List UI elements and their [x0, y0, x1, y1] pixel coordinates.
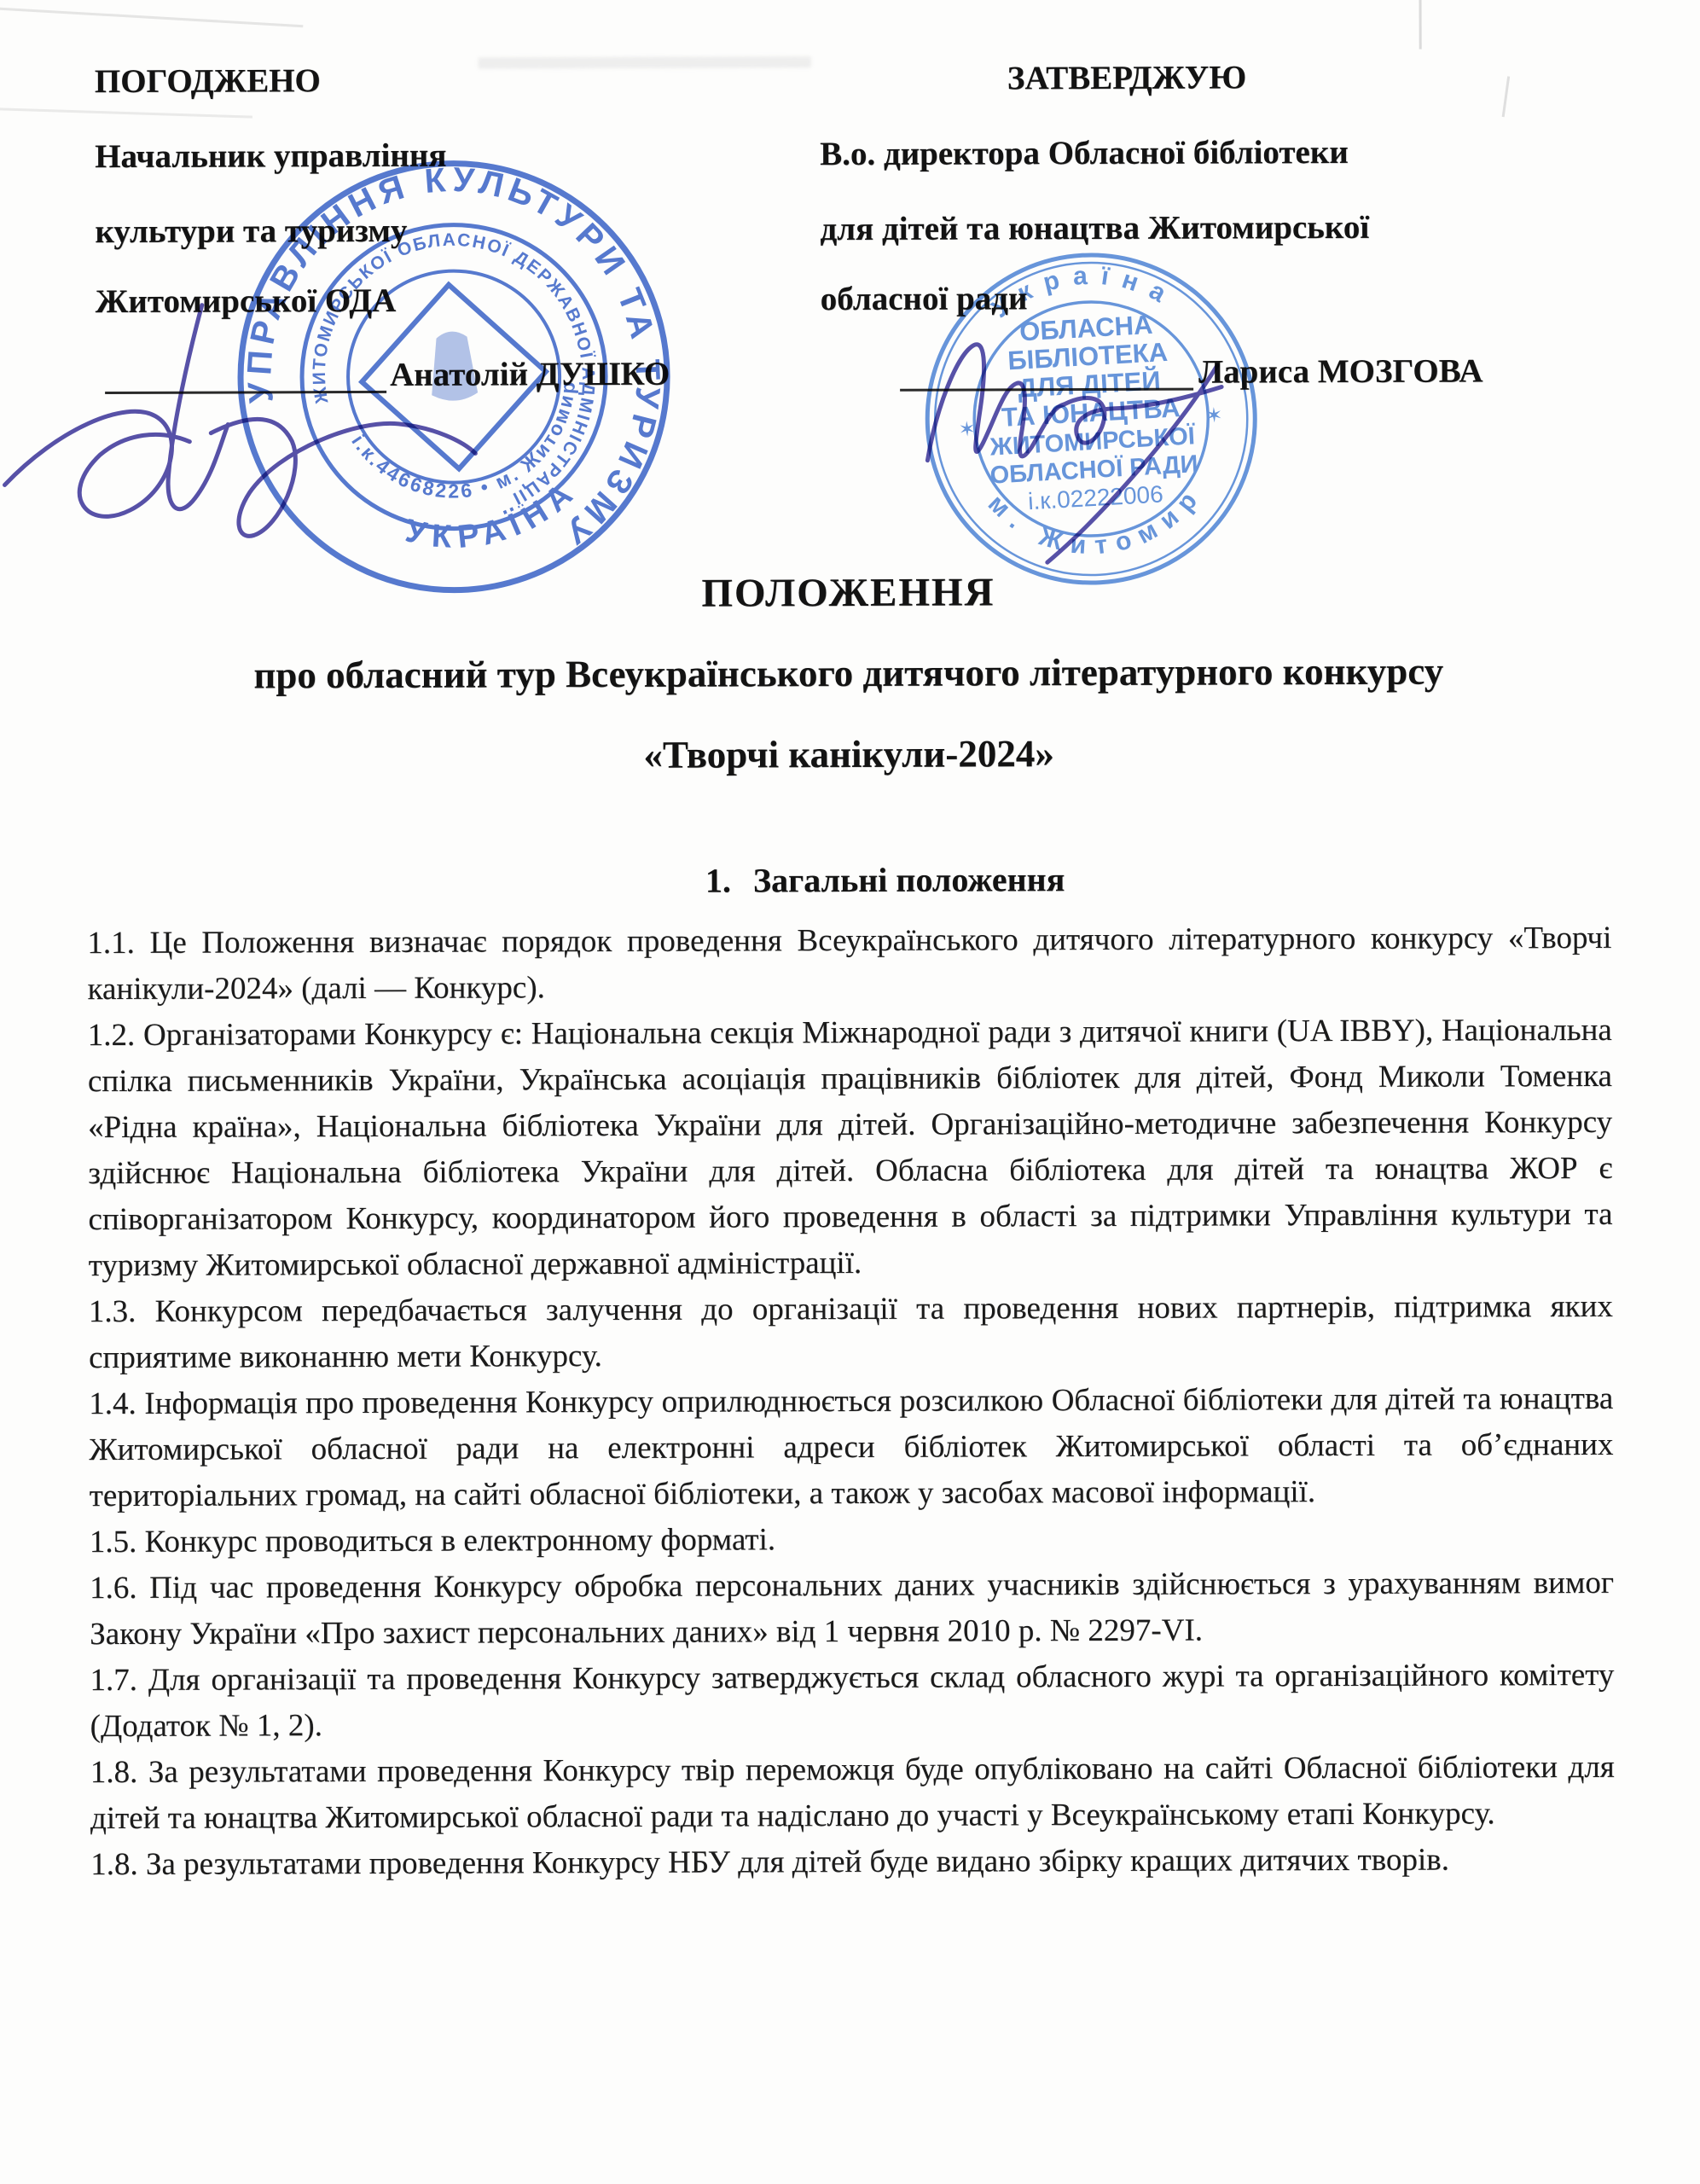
scan-streak-artifact — [0, 7, 303, 27]
paragraph-1-8b: 1.8. За результатами проведення Конкурсу… — [90, 1837, 1615, 1888]
section-number: 1. — [705, 860, 731, 900]
left-signature-scribble — [0, 270, 527, 553]
scanned-document-page: ПОГОДЖЕНО Начальник управління культури … — [0, 0, 1700, 2184]
paragraph-1-4: 1.4. Інформація про проведення Конкурсу … — [89, 1376, 1614, 1519]
paragraph-1-3: 1.3. Конкурсом передбачається залучення … — [89, 1284, 1613, 1381]
paragraph-1-6: 1.6. Під час проведення Конкурсу обробка… — [90, 1560, 1614, 1658]
signature-stroke — [211, 419, 475, 537]
section-heading: 1. Загальні положення — [123, 857, 1647, 903]
approving-line-2: для дітей та юнацтва Житомирської — [820, 208, 1369, 248]
signature-stroke — [4, 411, 189, 517]
paragraph-1-5: 1.5. Конкурс проводиться в електронному … — [90, 1514, 1614, 1565]
right-signature-scribble — [885, 305, 1252, 579]
section-title: Загальні положення — [753, 859, 1065, 900]
document-sheet: ПОГОДЖЕНО Начальник управління культури … — [0, 0, 1700, 2184]
document-body: 1.1. Це Положення визначає порядок прове… — [87, 915, 1615, 1888]
approving-line-1: В.о. директора Обласної бібліотеки — [820, 133, 1349, 173]
document-subtitle-2: «Творчі канікули-2024» — [87, 729, 1611, 779]
document-subtitle: про обласний тур Всеукраїнського дитячог… — [86, 648, 1610, 698]
paragraph-1-2: 1.2. Організаторами Конкурсу є: Націонал… — [88, 1008, 1613, 1289]
approving-label: ЗАТВЕРДЖУЮ — [1007, 58, 1247, 97]
scan-streak-artifact — [0, 107, 252, 118]
document-title: ПОЛОЖЕННЯ — [86, 567, 1610, 619]
signature-stroke — [167, 305, 228, 509]
signature-stroke — [927, 344, 1064, 460]
scan-mark-artifact — [1502, 76, 1510, 117]
paragraph-1-7: 1.7. Для організації та проведення Конку… — [90, 1653, 1614, 1750]
scan-smudge-artifact — [479, 56, 811, 68]
approved-label: ПОГОДЖЕНО — [95, 61, 321, 101]
paragraph-1-8a: 1.8. За результатами проведення Конкурсу… — [90, 1745, 1615, 1842]
paragraph-1-1: 1.1. Це Положення визначає порядок прове… — [87, 915, 1611, 1013]
scan-mark-artifact — [1419, 0, 1422, 49]
